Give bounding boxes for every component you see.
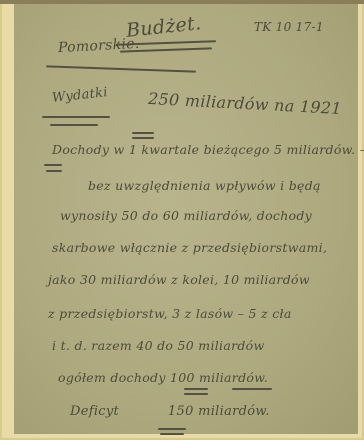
body-line: bez uwzględnienia wpływów i będą (88, 178, 321, 193)
total-income-underline-2 (184, 393, 208, 395)
document-subtitle: Pomorskie. (58, 36, 140, 56)
body-line: i t. d. razem 40 do 50 miliardów (52, 338, 265, 353)
reference-number: TK 10 17-1 (254, 20, 324, 34)
expenses-label: Wydatki (51, 85, 108, 106)
deficit-label: Deficyt (70, 404, 119, 419)
expenses-label-underline-2 (50, 124, 98, 126)
body-line: Dochody w 1 kwartale bieżącego 5 miliard… (52, 142, 364, 157)
total-income-word-underline (232, 388, 272, 390)
scan-frame: Budżet. TK 10 17-1 Pomorskie. Wydatki 25… (0, 0, 364, 440)
body-line: wynosiły 50 do 60 miliardów, dochody (60, 208, 312, 223)
handwritten-page: Budżet. TK 10 17-1 Pomorskie. Wydatki 25… (14, 4, 358, 434)
subtitle-underline (46, 65, 196, 72)
deficit-value: 150 miliardów. (168, 404, 270, 419)
deficit-underline-1 (158, 428, 186, 430)
body-line: z przedsiębiorstw, 3 z lasów – 5 z cła (48, 306, 292, 321)
income-underline-2 (46, 170, 62, 172)
body-line: jako 30 miliardów z kolei, 10 miliardów (48, 272, 310, 287)
expenses-label-underline-1 (42, 116, 110, 118)
income-underline-1 (44, 164, 62, 166)
expenses-value-underline-1 (132, 132, 154, 134)
body-line: skarbowe włącznie z przedsiębiorstwami, (52, 240, 327, 255)
body-line: ogółem dochody 100 miliardów. (58, 370, 268, 385)
deficit-underline-2 (160, 433, 184, 435)
deficit-line: Deficyt 150 miliardów. (70, 404, 270, 419)
expenses-value-underline-2 (132, 137, 154, 139)
expenses-value: 250 miliardów na 1921 (148, 89, 343, 118)
total-income-underline-1 (184, 388, 208, 390)
